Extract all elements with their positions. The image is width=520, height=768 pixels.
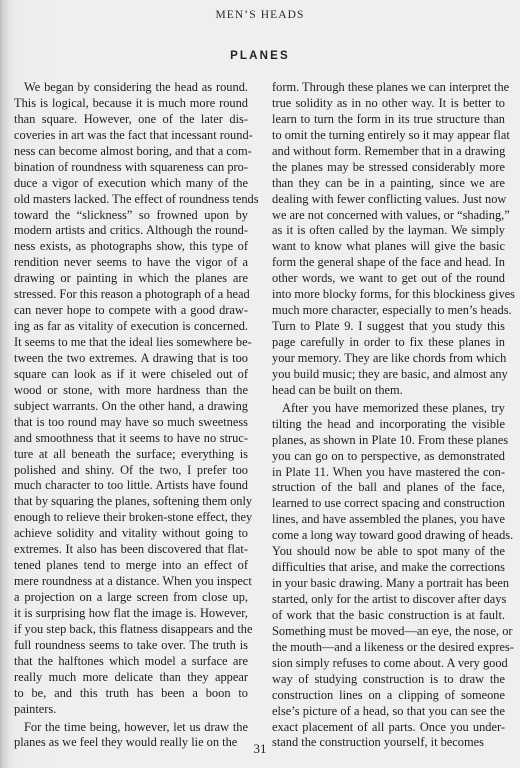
text-line: ing as far as vitality of execution is c… [14, 319, 248, 335]
text-line: For the time being, however, let us draw… [14, 720, 248, 736]
text-line: that the halftones which model a surface… [14, 654, 248, 670]
text-line: sion simply refuses to come about. A ver… [272, 656, 505, 672]
text-line: page carefully in order to fix these pla… [272, 335, 505, 351]
text-line: toward the “slickness” so frowned upon b… [14, 208, 248, 224]
text-line: exact placement of all parts. Once you u… [272, 720, 505, 736]
text-line: that by squaring the planes, softening t… [14, 494, 248, 510]
text-line: as it is often called by the layman. We … [272, 223, 505, 239]
text-line: difficulties that arise, and make the co… [272, 560, 505, 576]
text-line: planes, as shown in Plate 10. From these… [272, 433, 505, 449]
text-line: head can be built on them. [272, 383, 505, 399]
paragraph: For the time being, however, let us draw… [14, 720, 248, 752]
text-line: really much more delicate than they appe… [14, 670, 248, 686]
section-title: PLANES [0, 50, 520, 62]
page-number: 31 [243, 741, 277, 757]
text-line: drawing or painting in which the planes … [14, 271, 248, 287]
text-line: tween the two extremes. A drawing that i… [14, 351, 248, 367]
text-line: It seems to me that the ideal lies somew… [14, 335, 248, 351]
right-column: form. Through these planes we can interp… [272, 80, 505, 751]
text-line: form the general shape of the face and h… [272, 255, 505, 271]
left-column: We began by considering the head as roun… [14, 80, 248, 751]
text-line: stressed. For this reason a photograph o… [14, 287, 248, 303]
paragraph: form. Through these planes we can interp… [272, 80, 505, 399]
text-line: ture at all beneath the surface; everyth… [14, 447, 248, 463]
text-line: come a long way toward good drawing of h… [272, 528, 505, 544]
text-line: you can go on to perspective, as demonst… [272, 449, 505, 465]
paragraph: After you have memorized these planes, t… [272, 401, 505, 752]
text-line: Something must be moved—an eye, the nose… [272, 624, 505, 640]
text-line: ness can become almost boring, and that … [14, 144, 248, 160]
text-line: rendition never seems to have the vigor … [14, 255, 248, 271]
text-line: and without form. Remember that in a dra… [272, 144, 505, 160]
text-line: painters. [14, 702, 248, 718]
text-line: the planes may be stressed considerably … [272, 160, 505, 176]
text-line: a projection on a large screen from clos… [14, 590, 248, 606]
text-line: bination of roundness with squareness ca… [14, 160, 248, 176]
text-line: planes as we feel they would really lie … [14, 735, 248, 751]
text-line: than they can be in a painting, since we… [272, 176, 505, 192]
text-line: lines, and have assembled the planes, yo… [272, 512, 505, 528]
text-line: started, only for the artist to discover… [272, 592, 505, 608]
text-line: duce a vigor of execution which many of … [14, 176, 248, 192]
text-line: the mouth—and a likeness or the desired … [272, 640, 505, 656]
text-line: wood or stone, with more hardness than t… [14, 383, 248, 399]
text-line: polished and shiny. Of the two, I prefer… [14, 463, 248, 479]
text-line: achieve solidity and vitality without go… [14, 526, 248, 542]
text-line: in Plate 11. When you have mastered the … [272, 465, 505, 481]
text-line: much more character, especially to men’s… [272, 303, 505, 319]
text-line: enough to relieve their broken-stone eff… [14, 510, 248, 526]
text-line: form. Through these planes we can interp… [272, 80, 505, 96]
text-line: to omit the turning entirely so it may a… [272, 128, 505, 144]
text-line: struction of the ball and planes of the … [272, 480, 505, 496]
text-line: than square. However, one of the later d… [14, 112, 248, 128]
text-line: learn to turn the form in its true struc… [272, 112, 505, 128]
text-line: Turn to Plate 9. I suggest that you stud… [272, 319, 505, 335]
running-head: MEN’S HEADS [0, 9, 520, 21]
text-line: other words, we want to get out of the r… [272, 271, 505, 287]
text-line: and smoothness that it seems to have no … [14, 431, 248, 447]
text-line: coveries in art was the fact that incess… [14, 128, 248, 144]
text-line: of work that the basic construction is a… [272, 608, 505, 624]
text-line: your memory. They are like chords from w… [272, 351, 505, 367]
text-line: subject warrants. On the other hand, a d… [14, 399, 248, 415]
text-line: learned to use correct spacing and const… [272, 496, 505, 512]
text-line: After you have memorized these planes, t… [272, 401, 505, 417]
text-line: to be, and this truth has been a boon to [14, 686, 248, 702]
text-line: ness exists, as photographs show, this t… [14, 239, 248, 255]
text-line: way of studying construction is to draw … [272, 672, 505, 688]
text-line: else’s picture of a head, so that you ca… [272, 704, 505, 720]
text-line: tened planes tend to merge into an effec… [14, 558, 248, 574]
text-line: can never hope to compete with a good dr… [14, 303, 248, 319]
text-line: we are not concerned with values, or “sh… [272, 208, 505, 224]
text-line: old masters lacked. The effect of roundn… [14, 192, 248, 208]
text-line: full roundness seems to take over. The t… [14, 638, 248, 654]
text-line: mere roundness at a distance. When you i… [14, 574, 248, 590]
text-line: into more blocky forms, for this blockin… [272, 287, 505, 303]
text-line: This is logical, because it is much more… [14, 96, 248, 112]
book-page: MEN’S HEADS PLANES We began by consideri… [0, 0, 520, 768]
text-line: square can look as if it were chiseled o… [14, 367, 248, 383]
text-line: dealing with fewer conflicting values. J… [272, 192, 505, 208]
text-line: if you step back, this flatness disappea… [14, 622, 248, 638]
text-line: much character to too little. Artists ha… [14, 478, 248, 494]
text-line: construction lines on a clipping of some… [272, 688, 505, 704]
text-line: true solidity as in no other way. It is … [272, 96, 505, 112]
text-line: You should now be able to spot many of t… [272, 544, 505, 560]
text-line: it is surprising how flat the image is. … [14, 606, 248, 622]
paragraph: We began by considering the head as roun… [14, 80, 248, 718]
text-line: that is too round may have so much sweet… [14, 415, 248, 431]
text-line: tilting the head and incorporating the v… [272, 417, 505, 433]
text-line: extremes. It also has been discovered th… [14, 542, 248, 558]
text-line: We began by considering the head as roun… [14, 80, 248, 96]
text-line: in your basic drawing. Many a portrait h… [272, 576, 505, 592]
text-line: modern artists and critics. Although the… [14, 223, 248, 239]
text-line: you build music; they are basic, and alm… [272, 367, 505, 383]
text-line: stand the construction yourself, it beco… [272, 735, 505, 751]
text-line: want to know what planes will give the b… [272, 239, 505, 255]
